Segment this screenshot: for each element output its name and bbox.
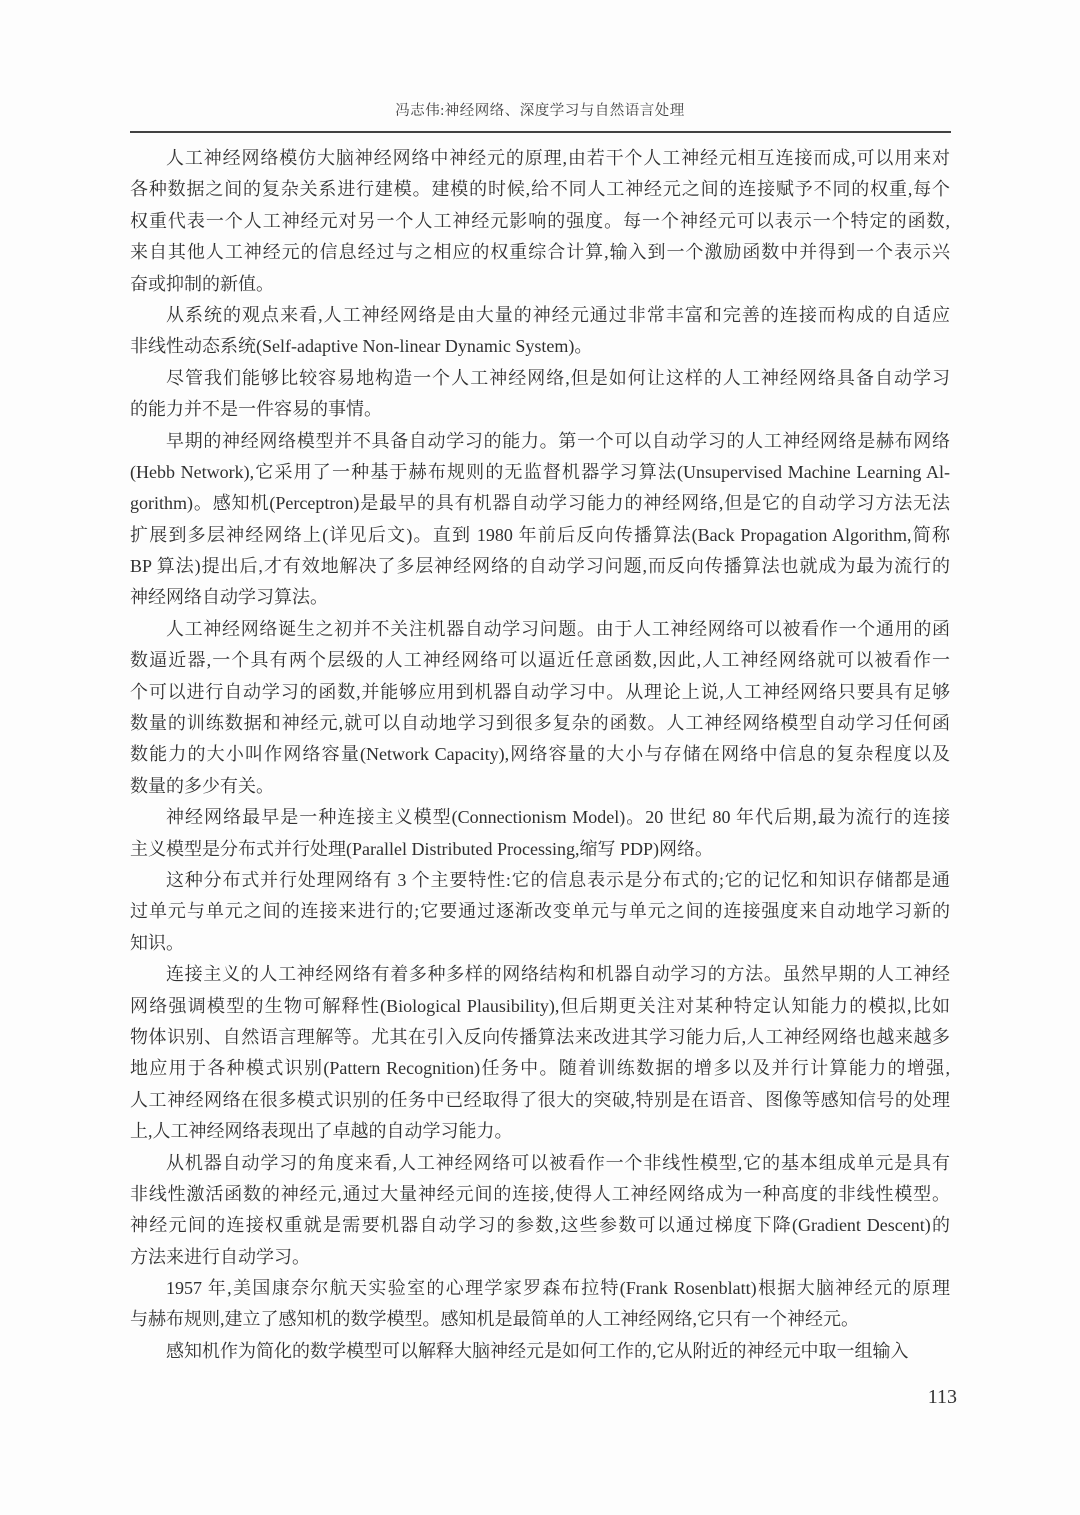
text-line: 过单元与单元之间的连接来进行的;它要通过逐渐改变单元与单元之间的连接强度来自动地… [130, 896, 950, 927]
text-line: 非线性动态系统(Self-adaptive Non-linear Dynamic… [130, 331, 950, 362]
text-line: 人工神经网络模仿大脑神经网络中神经元的原理,由若干个人工神经元相互连接而成,可以… [130, 143, 950, 174]
text-line: 尽管我们能够比较容易地构造一个人工神经网络,但是如何让这样的人工神经网络具备自动… [130, 363, 950, 394]
text-line: gorithm)。感知机(Perceptron)是最早的具有机器自动学习能力的神… [130, 488, 950, 519]
article-body: 人工神经网络模仿大脑神经网络中神经元的原理,由若干个人工神经元相互连接而成,可以… [130, 143, 950, 1367]
text-line: 神经网络自动学习算法。 [130, 582, 950, 613]
paragraph: 从机器自动学习的角度来看,人工神经网络可以被看作一个非线性模型,它的基本组成单元… [130, 1148, 950, 1274]
text-line: 人工神经网络在很多模式识别的任务中已经取得了很大的突破,特别是在语音、图像等感知… [130, 1085, 950, 1116]
text-line: 从系统的观点来看,人工神经网络是由大量的神经元通过非常丰富和完善的连接而构成的自… [130, 300, 950, 331]
text-line: 数逼近器,一个具有两个层级的人工神经网络可以逼近任意函数,因此,人工神经网络就可… [130, 645, 950, 676]
paragraph: 1957 年,美国康奈尔航天实验室的心理学家罗森布拉特(Frank Rosenb… [130, 1273, 950, 1336]
text-line: 早期的神经网络模型并不具备自动学习的能力。第一个可以自动学习的人工神经网络是赫布… [130, 426, 950, 457]
paragraph: 人工神经网络模仿大脑神经网络中神经元的原理,由若干个人工神经元相互连接而成,可以… [130, 143, 950, 300]
paragraph: 早期的神经网络模型并不具备自动学习的能力。第一个可以自动学习的人工神经网络是赫布… [130, 426, 950, 614]
text-line: 各种数据之间的复杂关系进行建模。建模的时候,给不同人工神经元之间的连接赋予不同的… [130, 174, 950, 205]
text-line: 感知机作为简化的数学模型可以解释大脑神经元是如何工作的,它从附近的神经元中取一组… [130, 1336, 950, 1367]
text-line: 扩展到多层神经网络上(详见后文)。直到 1980 年前后反向传播算法(Back … [130, 520, 950, 551]
text-line: 权重代表一个人工神经元对另一个人工神经元影响的强度。每一个神经元可以表示一个特定… [130, 206, 950, 237]
text-line: 神经元间的连接权重就是需要机器自动学习的参数,这些参数可以通过梯度下降(Grad… [130, 1210, 950, 1241]
paragraph: 神经网络最早是一种连接主义模型(Connectionism Model)。20 … [130, 802, 950, 865]
page-number: 113 [130, 1385, 957, 1409]
text-line: 来自其他人工神经元的信息经过与之相应的权重综合计算,输入到一个激励函数中并得到一… [130, 237, 950, 268]
text-line: 与赫布规则,建立了感知机的数学模型。感知机是最简单的人工神经网络,它只有一个神经… [130, 1304, 950, 1335]
text-line: 这种分布式并行处理网络有 3 个主要特性:它的信息表示是分布式的;它的记忆和知识… [130, 865, 950, 896]
text-line: 人工神经网络诞生之初并不关注机器自动学习问题。由于人工神经网络可以被看作一个通用… [130, 614, 950, 645]
text-line: 上,人工神经网络表现出了卓越的自动学习能力。 [130, 1116, 950, 1147]
text-line: 地应用于各种模式识别(Pattern Recognition)任务中。随着训练数… [130, 1053, 950, 1084]
paragraph: 从系统的观点来看,人工神经网络是由大量的神经元通过非常丰富和完善的连接而构成的自… [130, 300, 950, 363]
text-line: 方法来进行自动学习。 [130, 1242, 950, 1273]
header-rule [130, 131, 951, 133]
text-line: (Hebb Network),它采用了一种基于赫布规则的无监督机器学习算法(Un… [130, 457, 950, 488]
text-line: 网络强调模型的生物可解释性(Biological Plausibility),但… [130, 991, 950, 1022]
text-line: 的能力并不是一件容易的事情。 [130, 394, 950, 425]
text-line: 非线性激活函数的神经元,通过大量神经元间的连接,使得人工神经网络成为一种高度的非… [130, 1179, 950, 1210]
text-line: 个可以进行自动学习的函数,并能够应用到机器自动学习中。从理论上说,人工神经网络只… [130, 677, 950, 708]
running-header: 冯志伟:神经网络、深度学习与自然语言处理 [0, 101, 1080, 121]
text-line: 物体识别、自然语言理解等。尤其在引入反向传播算法来改进其学习能力后,人工神经网络… [130, 1022, 950, 1053]
text-line: BP 算法)提出后,才有效地解决了多层神经网络的自动学习问题,而反向传播算法也就… [130, 551, 950, 582]
text-line: 数量的多少有关。 [130, 771, 950, 802]
text-line: 知识。 [130, 928, 950, 959]
text-line: 奋或抑制的新值。 [130, 269, 950, 300]
paragraph: 感知机作为简化的数学模型可以解释大脑神经元是如何工作的,它从附近的神经元中取一组… [130, 1336, 950, 1367]
text-line: 数能力的大小叫作网络容量(Network Capacity),网络容量的大小与存… [130, 739, 950, 770]
text-line: 连接主义的人工神经网络有着多种多样的网络结构和机器自动学习的方法。虽然早期的人工… [130, 959, 950, 990]
paragraph: 尽管我们能够比较容易地构造一个人工神经网络,但是如何让这样的人工神经网络具备自动… [130, 363, 950, 426]
paragraph: 这种分布式并行处理网络有 3 个主要特性:它的信息表示是分布式的;它的记忆和知识… [130, 865, 950, 959]
text-line: 主义模型是分布式并行处理(Parallel Distributed Proces… [130, 834, 950, 865]
paragraph: 人工神经网络诞生之初并不关注机器自动学习问题。由于人工神经网络可以被看作一个通用… [130, 614, 950, 802]
paragraph: 连接主义的人工神经网络有着多种多样的网络结构和机器自动学习的方法。虽然早期的人工… [130, 959, 950, 1147]
text-line: 从机器自动学习的角度来看,人工神经网络可以被看作一个非线性模型,它的基本组成单元… [130, 1148, 950, 1179]
text-line: 数量的训练数据和神经元,就可以自动地学习到很多复杂的函数。人工神经网络模型自动学… [130, 708, 950, 739]
text-line: 神经网络最早是一种连接主义模型(Connectionism Model)。20 … [130, 802, 950, 833]
text-line: 1957 年,美国康奈尔航天实验室的心理学家罗森布拉特(Frank Rosenb… [130, 1273, 950, 1304]
